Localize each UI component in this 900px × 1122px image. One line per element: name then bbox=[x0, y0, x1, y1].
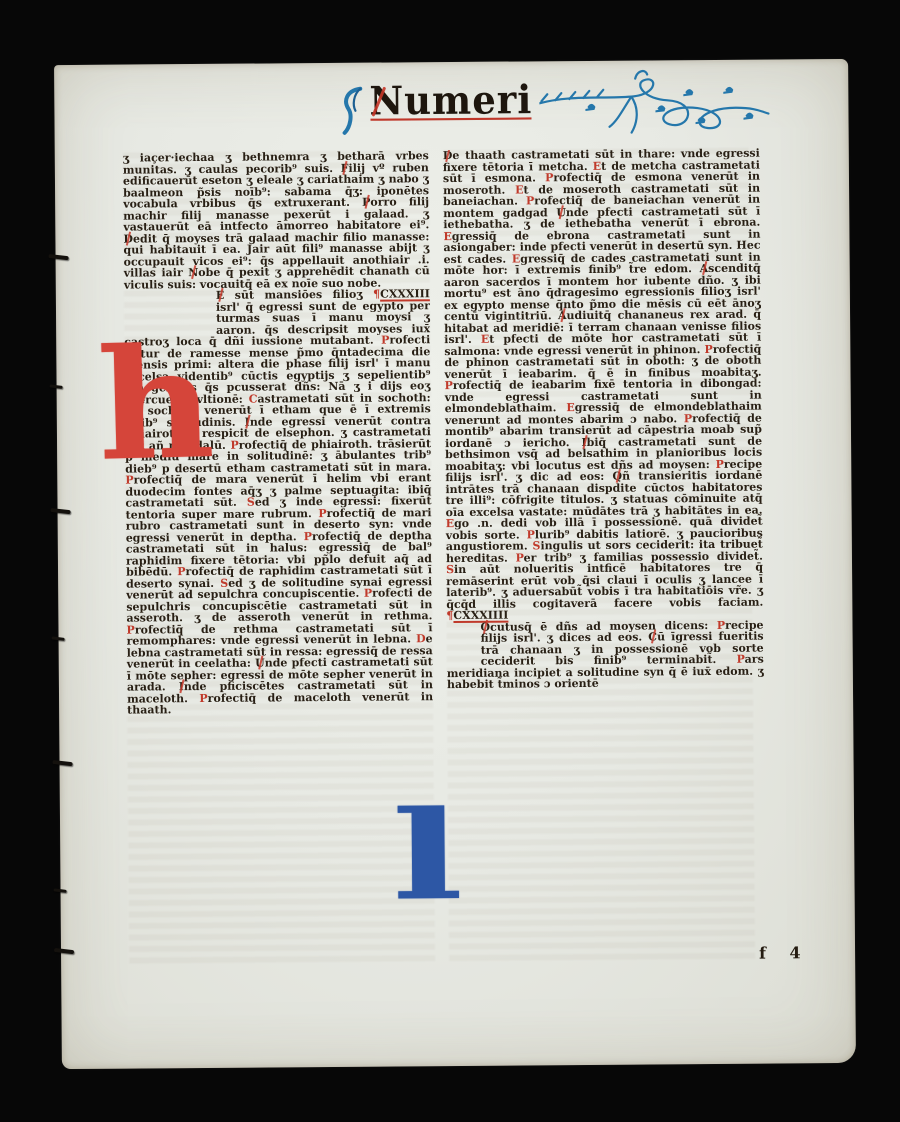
text-run: D bbox=[443, 149, 453, 162]
text-run: N bbox=[188, 266, 198, 279]
paragraph: Ocutusq̄ ē dñs ad moysen dicens: Precipe… bbox=[446, 619, 764, 690]
quire-signature: f 4 bbox=[759, 943, 810, 962]
pen-flourish-icon bbox=[539, 68, 770, 142]
rubricated-initial-h: h bbox=[96, 327, 216, 482]
text-run: I bbox=[179, 680, 184, 693]
page-title: Numeri bbox=[368, 76, 535, 124]
sewing-thread bbox=[49, 384, 62, 388]
sewing-threads bbox=[54, 59, 848, 65]
text-run: Q bbox=[612, 470, 622, 483]
blue-paraph-icon bbox=[340, 85, 366, 137]
text-run: A bbox=[700, 262, 709, 275]
sewing-thread bbox=[50, 508, 70, 514]
sewing-thread bbox=[54, 948, 74, 954]
sewing-thread bbox=[51, 636, 64, 640]
sewing-thread bbox=[52, 760, 72, 766]
text-run: P bbox=[362, 196, 370, 209]
text-run: A bbox=[558, 309, 567, 322]
text-run: F bbox=[341, 161, 349, 174]
photograph-black-background: { "photo": { "background_color": "#07070… bbox=[0, 0, 900, 1122]
manuscript-leaf: Numeri ʒ iaçer·iechaa ʒ bethnemra ʒ be bbox=[54, 59, 856, 1069]
text-run: P bbox=[199, 691, 207, 704]
running-title: Numeri bbox=[340, 76, 769, 139]
text-run: C bbox=[648, 630, 657, 643]
sewing-thread bbox=[53, 888, 66, 892]
text-run: D bbox=[123, 232, 133, 245]
text-run: I bbox=[581, 435, 586, 448]
rubricated-initial-l: l bbox=[391, 794, 464, 917]
text-run: U bbox=[255, 656, 265, 669]
text-column-left: ʒ iaçer·iechaa ʒ bethnemra ʒ betharā vrb… bbox=[123, 150, 435, 968]
text-run: U bbox=[556, 206, 566, 219]
paragraph: ʒ iaçer·iechaa ʒ bethnemra ʒ betharā vrb… bbox=[123, 150, 430, 290]
paragraph: De thaath castrametati sūt in thare: vnd… bbox=[443, 148, 764, 622]
sewing-thread bbox=[48, 254, 68, 260]
text-column-right: De thaath castrametati sūt in thare: vnd… bbox=[443, 148, 766, 972]
dropcap-spacer bbox=[446, 621, 480, 656]
text-run: E bbox=[216, 289, 224, 302]
text-run: I bbox=[245, 415, 250, 428]
text-run: in aūt nolueritis intficē habitatores tr… bbox=[446, 561, 763, 611]
text-run: O bbox=[480, 620, 490, 633]
flourish-hook-marks bbox=[585, 87, 753, 125]
